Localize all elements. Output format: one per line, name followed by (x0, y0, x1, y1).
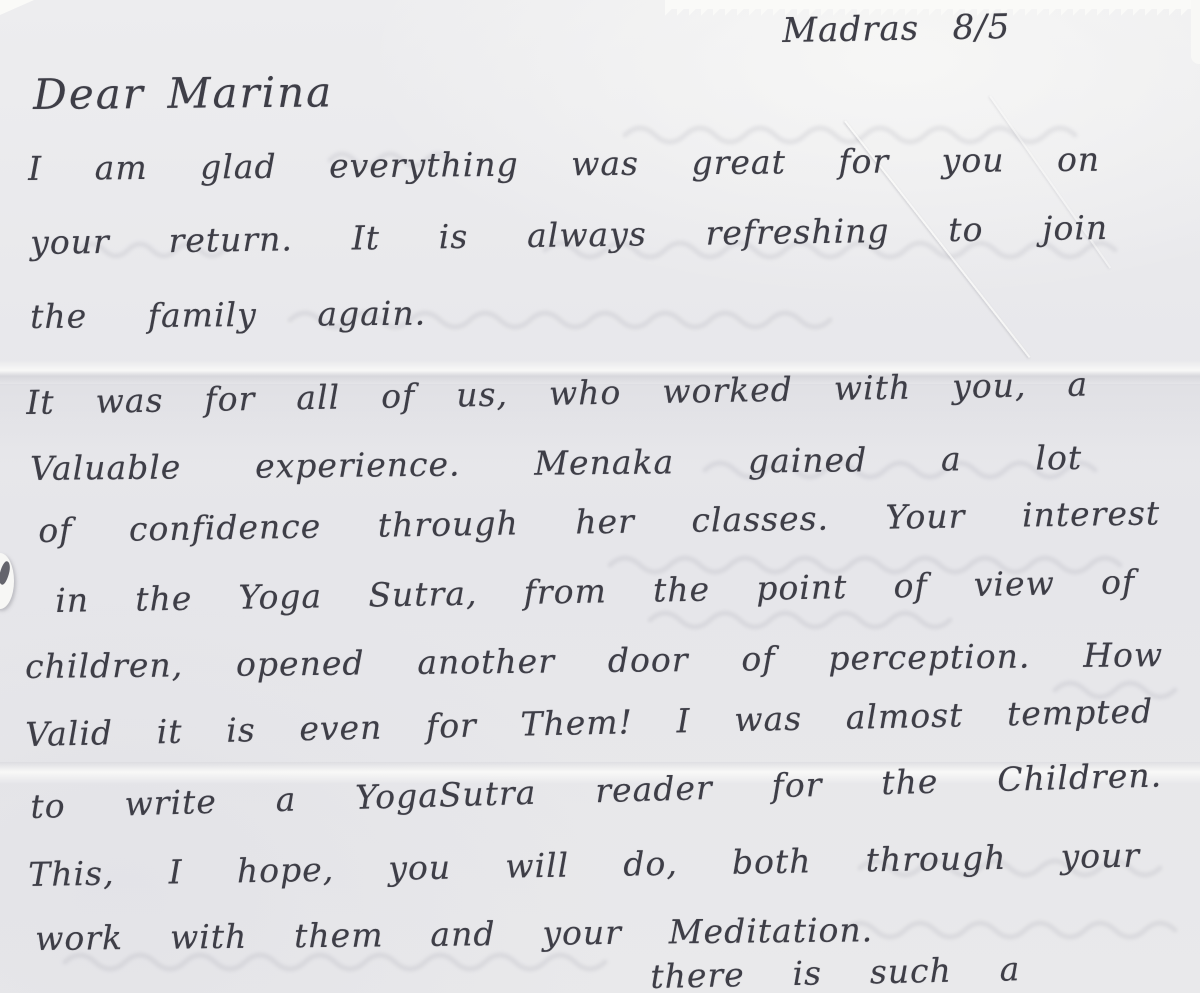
letter-dateline: Madras 8/5 (782, 10, 1011, 48)
letter-line: Valuable experience. Menaka gained a lot (30, 441, 1082, 485)
letter-line: the family again. (30, 297, 426, 333)
letter-page: Madras 8/5 Dear Marina I am glad everyth… (0, 0, 1200, 993)
letter-line: I am glad everything was great for you o… (28, 143, 1100, 185)
paper-edge-highlight (1191, 0, 1200, 64)
letter-salutation: Dear Marina (33, 71, 333, 116)
letter-partial-bottom-line: there is such a (650, 952, 1021, 993)
letter-line: work with them and your Meditation. (35, 913, 873, 955)
